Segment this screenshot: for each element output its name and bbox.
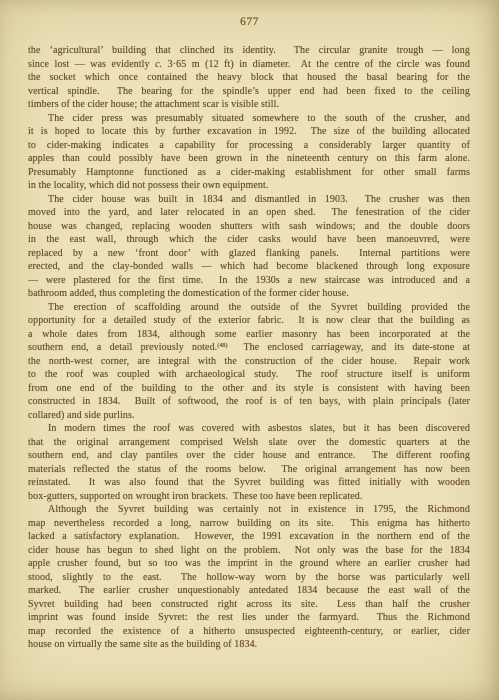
- text-line: Presumably Hamptonne functioned as a cid…: [28, 166, 470, 180]
- paragraph: In modern times the roof was covered wit…: [28, 422, 470, 503]
- text-segment: moved into the yard, and later relocated…: [28, 207, 470, 218]
- text-segment: Syvret building had been constructed rig…: [28, 599, 470, 610]
- text-line: the ‘agricultural’ building that clinche…: [28, 44, 470, 58]
- paragraph: Although the Syvret building was certain…: [28, 503, 470, 652]
- text-line: marked. The earlier crusher unquestionab…: [28, 584, 470, 598]
- text-segment: southern end, and clay pantiles over the…: [28, 450, 470, 461]
- text-segment: replaced by a new ‘front door’ with glaz…: [28, 248, 470, 259]
- text-line: opportunity for a detailed study of the …: [28, 314, 470, 328]
- text-line: map recorded the existence of a hitherto…: [28, 625, 470, 639]
- text-segment: erected, and the clay-bonded walls — whi…: [28, 261, 470, 272]
- text-line: erected, and the clay-bonded walls — whi…: [28, 260, 470, 274]
- text-segment: the north-west corner, are integral with…: [28, 356, 470, 367]
- text-segment: the socket which once contained the heav…: [28, 72, 470, 83]
- text-segment: map recorded the existence of a hitherto…: [28, 626, 470, 637]
- text-segment: in the east wall, through which the cide…: [28, 234, 470, 245]
- text-line: — were plastered for the first time. In …: [28, 274, 470, 288]
- text-line: house on virtually the same site as the …: [28, 638, 470, 652]
- text-line: moved into the yard, and later relocated…: [28, 206, 470, 220]
- text-line: in the east wall, through which the cide…: [28, 233, 470, 247]
- text-segment: In modern times the roof was covered wit…: [48, 423, 470, 434]
- text-line: reinstated. It was also found that the S…: [28, 476, 470, 490]
- text-line: apple crusher found, but so too was the …: [28, 557, 470, 571]
- text-line: box-gutters, supported on wrought iron b…: [28, 490, 470, 504]
- text-segment: Presumably Hamptonne functioned as a cid…: [28, 167, 470, 178]
- text-line: southern end, a detail previously noted.…: [28, 341, 470, 355]
- text-segment: Although the Syvret building was certain…: [48, 504, 470, 515]
- text-segment: map nevertheless recorded a long, narrow…: [28, 518, 470, 529]
- text-segment: timbers of the cider house; the attachme…: [28, 99, 279, 110]
- text-segment: stood, slightly to the east. The hollow-…: [28, 572, 470, 583]
- text-line: house was changed, replacing wooden shut…: [28, 220, 470, 234]
- text-segment: house on virtually the same site as the …: [28, 639, 257, 650]
- text-segment: since lost — was evidently: [28, 59, 155, 70]
- text-segment: materials reflected the status of the ro…: [28, 464, 470, 475]
- text-line: cider house has begun to shed light on t…: [28, 544, 470, 558]
- text-segment: it is hoped to locate this by further ex…: [28, 126, 470, 137]
- text-line: to the roof was coupled with archaeologi…: [28, 368, 470, 382]
- footnote-marker: (48): [217, 342, 227, 349]
- text-line: constructed in 1834. Built of softwood, …: [28, 395, 470, 409]
- page-text: the ‘agricultural’ building that clinche…: [28, 44, 470, 652]
- text-segment: a whole dates from 1834, although some e…: [28, 329, 470, 340]
- text-segment: collared) and side purlins.: [28, 410, 135, 421]
- text-line: The cider house was built in 1834 and di…: [28, 193, 470, 207]
- text-segment: bathroom added, thus completing the dome…: [28, 288, 349, 299]
- text-segment: box-gutters, supported on wrought iron b…: [28, 491, 363, 502]
- paragraph: The cider house was built in 1834 and di…: [28, 193, 470, 301]
- paragraph: the ‘agricultural’ building that clinche…: [28, 44, 470, 112]
- text-line: Although the Syvret building was certain…: [28, 503, 470, 517]
- text-line: that the original arrangement comprised …: [28, 436, 470, 450]
- text-segment: reinstated. It was also found that the S…: [28, 477, 470, 488]
- text-line: stood, slightly to the east. The hollow-…: [28, 571, 470, 585]
- text-line: Syvret building had been constructed rig…: [28, 598, 470, 612]
- text-line: collared) and side purlins.: [28, 409, 470, 423]
- text-segment: from one end of the building to the othe…: [28, 383, 470, 394]
- text-line: map nevertheless recorded a long, narrow…: [28, 517, 470, 531]
- text-segment: vertical spindle. The bearing for the sp…: [28, 86, 470, 97]
- text-segment: marked. The earlier crusher unquestionab…: [28, 585, 470, 596]
- text-segment: apple crusher found, but so too was the …: [28, 558, 470, 569]
- text-segment: in the locality, which did not possess t…: [28, 180, 269, 191]
- text-segment: to the roof was coupled with archaeologi…: [28, 369, 470, 380]
- text-line: southern end, and clay pantiles over the…: [28, 449, 470, 463]
- text-segment: The erection of scaffolding around the o…: [48, 302, 470, 313]
- text-line: the socket which once contained the heav…: [28, 71, 470, 85]
- text-line: replaced by a new ‘front door’ with glaz…: [28, 247, 470, 261]
- text-line: materials reflected the status of the ro…: [28, 463, 470, 477]
- text-line: vertical spindle. The bearing for the sp…: [28, 85, 470, 99]
- text-line: it is hoped to locate this by further ex…: [28, 125, 470, 139]
- text-line: bathroom added, thus completing the dome…: [28, 287, 470, 301]
- paragraph: The erection of scaffolding around the o…: [28, 301, 470, 423]
- text-segment: imprint was found inside Syvret: the res…: [28, 612, 470, 623]
- text-line: The cider press was presumably situated …: [28, 112, 470, 126]
- text-segment: 3·65 m (12 ft) in diameter. At the centr…: [162, 59, 470, 70]
- text-segment: house was changed, replacing wooden shut…: [28, 221, 470, 232]
- book-page: 677 the ‘agricultural’ building that cli…: [0, 0, 499, 700]
- text-segment: the ‘agricultural’ building that clinche…: [28, 45, 470, 56]
- text-line: from one end of the building to the othe…: [28, 382, 470, 396]
- text-line: to cider-making indicates a capability f…: [28, 139, 470, 153]
- text-line: In modern times the roof was covered wit…: [28, 422, 470, 436]
- text-line: a whole dates from 1834, although some e…: [28, 328, 470, 342]
- text-line: apples than could possibly have been gro…: [28, 152, 470, 166]
- text-line: imprint was found inside Syvret: the res…: [28, 611, 470, 625]
- text-line: the north-west corner, are integral with…: [28, 355, 470, 369]
- text-segment: apples than could possibly have been gro…: [28, 153, 470, 164]
- text-segment: to cider-making indicates a capability f…: [28, 140, 470, 151]
- text-segment: — were plastered for the first time. In …: [28, 275, 470, 286]
- text-line: since lost — was evidently c. 3·65 m (12…: [28, 58, 470, 72]
- text-segment: cider house has begun to shed light on t…: [28, 545, 470, 556]
- text-line: The erection of scaffolding around the o…: [28, 301, 470, 315]
- page-number: 677: [0, 15, 499, 29]
- text-line: in the locality, which did not possess t…: [28, 179, 470, 193]
- text-segment: The cider house was built in 1834 and di…: [48, 194, 470, 205]
- text-segment: The enclosed carriageway, and its date-s…: [227, 342, 470, 353]
- text-segment: southern end, a detail previously noted.: [28, 342, 217, 353]
- text-segment: opportunity for a detailed study of the …: [28, 315, 470, 326]
- text-segment: that the original arrangement comprised …: [28, 437, 470, 448]
- text-line: lacked a satisfactory explanation. Howev…: [28, 530, 470, 544]
- text-segment: constructed in 1834. Built of softwood, …: [28, 396, 470, 407]
- text-line: timbers of the cider house; the attachme…: [28, 98, 470, 112]
- text-segment: The cider press was presumably situated …: [48, 113, 470, 124]
- text-segment: lacked a satisfactory explanation. Howev…: [28, 531, 470, 542]
- paragraph: The cider press was presumably situated …: [28, 112, 470, 193]
